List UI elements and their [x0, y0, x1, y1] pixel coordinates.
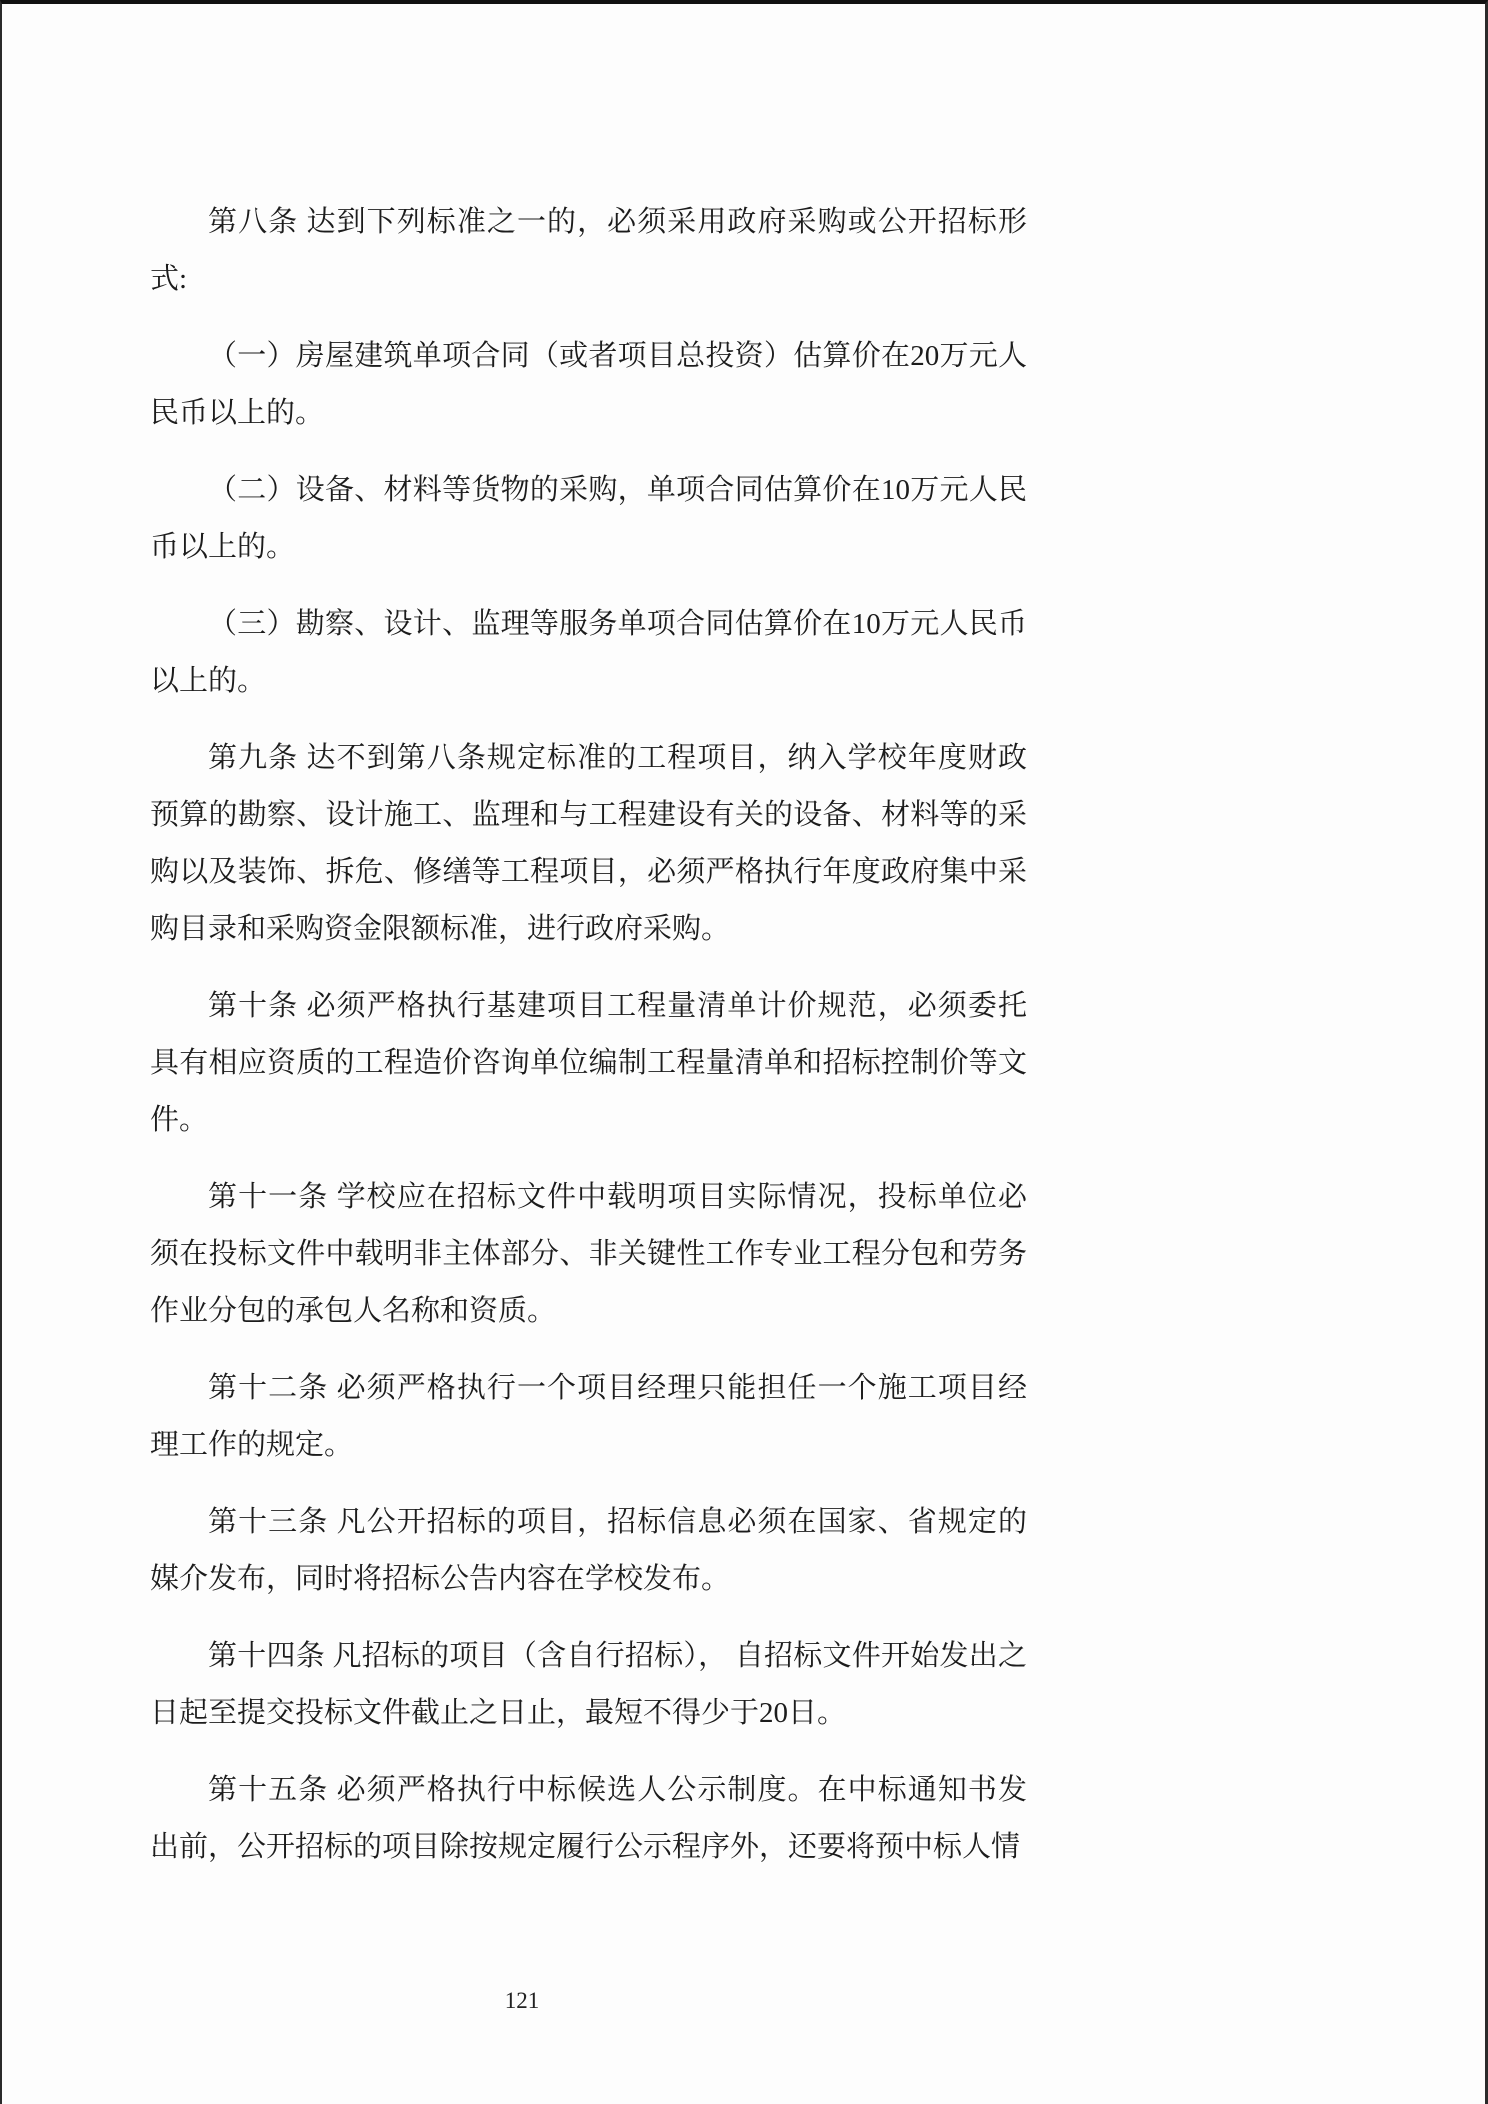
paragraph-article-11: 第十一条 学校应在招标文件中载明项目实际情况，投标单位必须在投标文件中载明非主体…: [150, 1169, 1027, 1340]
text-block: 第八条 达到下列标准之一的，必须采用政府采购或公开招标形式: （一）房屋建筑单项…: [150, 194, 1027, 1896]
document-page: 第八条 达到下列标准之一的，必须采用政府采购或公开招标形式: （一）房屋建筑单项…: [0, 0, 1488, 2104]
paragraph-article-8-item-2: （二）设备、材料等货物的采购，单项合同估算价在10万元人民币以上的。: [150, 462, 1027, 576]
paragraph-article-13: 第十三条 凡公开招标的项目，招标信息必须在国家、省规定的媒介发布，同时将招标公告…: [150, 1494, 1027, 1608]
paragraph-article-8-intro: 第八条 达到下列标准之一的，必须采用政府采购或公开招标形式:: [150, 194, 1027, 308]
paragraph-article-15: 第十五条 必须严格执行中标候选人公示制度。在中标通知书发出前，公开招标的项目除按…: [150, 1762, 1027, 1876]
paragraph-article-8-item-1: （一）房屋建筑单项合同（或者项目总投资）估算价在20万元人民币以上的。: [150, 328, 1027, 442]
paragraph-article-14: 第十四条 凡招标的项目（含自行招标）， 自招标文件开始发出之日起至提交投标文件截…: [150, 1628, 1027, 1742]
paragraph-article-9: 第九条 达不到第八条规定标准的工程项目，纳入学校年度财政预算的勘察、设计施工、监…: [150, 730, 1027, 958]
paragraph-article-10: 第十条 必须严格执行基建项目工程量清单计价规范，必须委托具有相应资质的工程造价咨…: [150, 978, 1027, 1149]
paragraph-article-12: 第十二条 必须严格执行一个项目经理只能担任一个施工项目经理工作的规定。: [150, 1360, 1027, 1474]
paragraph-article-8-item-3: （三）勘察、设计、监理等服务单项合同估算价在10万元人民币以上的。: [150, 596, 1027, 710]
page-number: 121: [462, 1986, 582, 2016]
